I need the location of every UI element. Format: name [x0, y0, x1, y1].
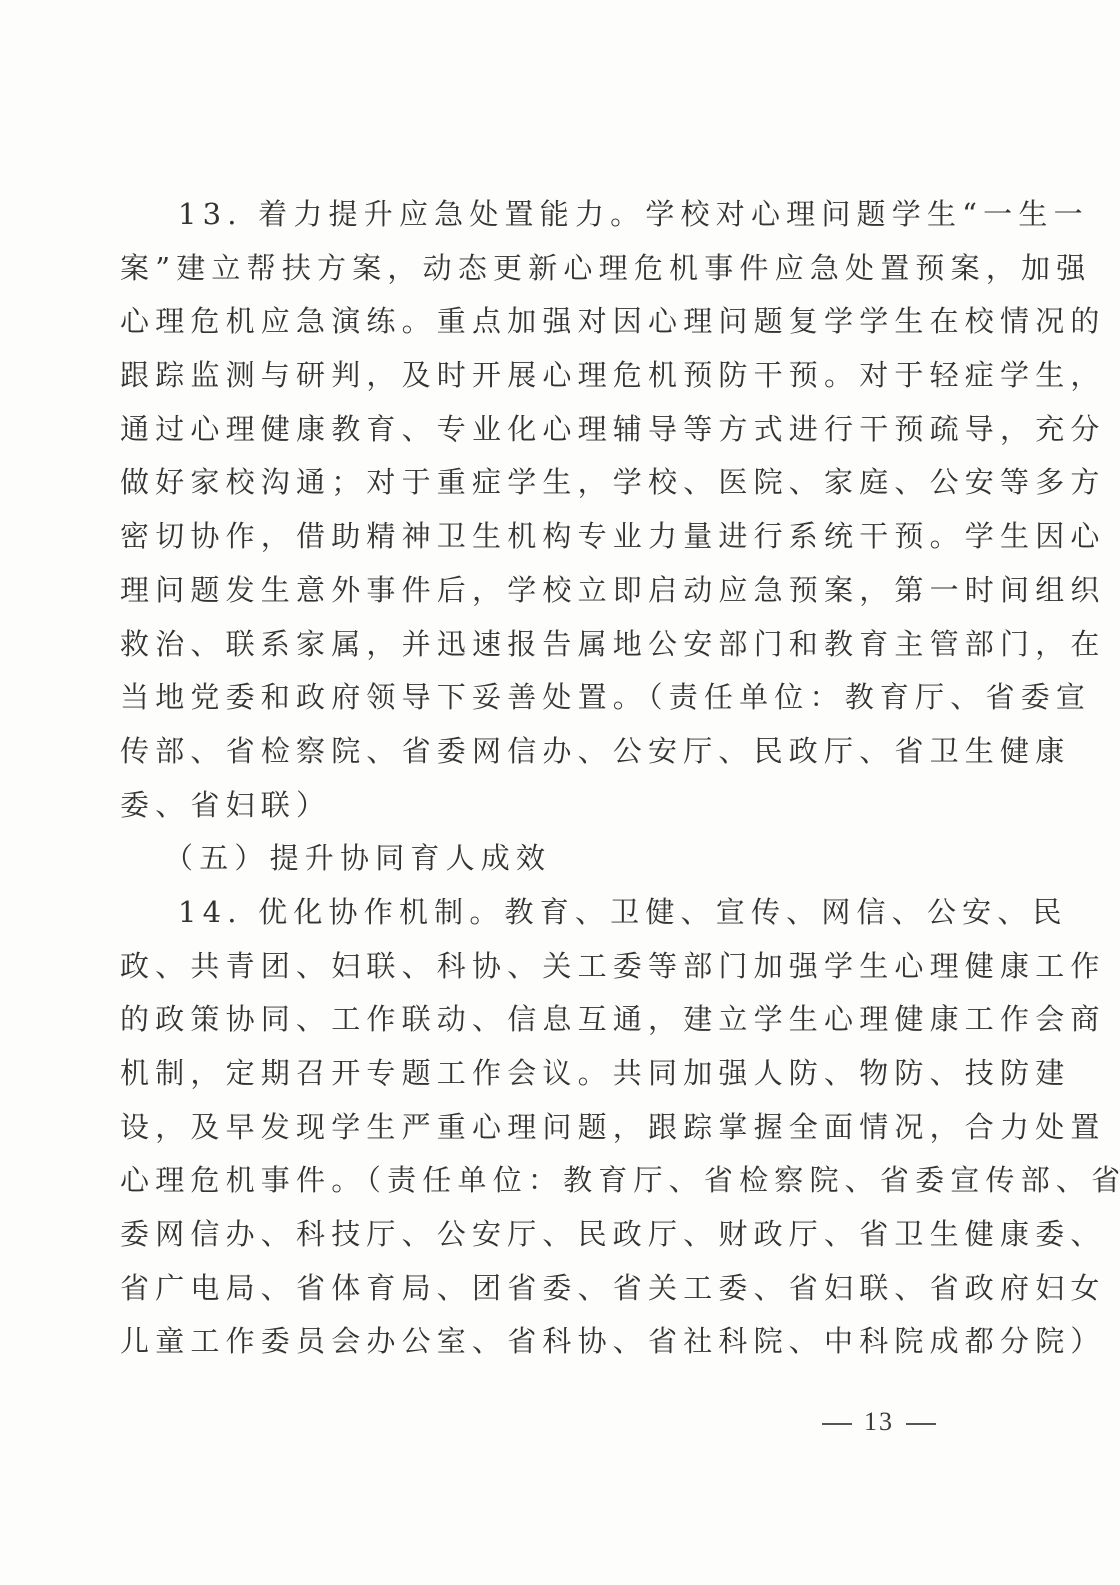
section-heading: （五）提升协同育人成效 [120, 832, 946, 886]
dash-left-decoration [822, 1423, 852, 1425]
text-line: 设，及早发现学生严重心理问题，跟踪掌握全面情况，合力处置 [120, 1101, 946, 1155]
page-number: 13 [822, 1407, 948, 1437]
text-line: 当地党委和政府领导下妥善处置。（责任单位：教育厅、省委宣 [120, 671, 946, 725]
text-line: 心理危机应急演练。重点加强对因心理问题复学学生在校情况的 [120, 295, 946, 349]
text-line: 跟踪监测与研判，及时开展心理危机预防干预。对于轻症学生， [120, 349, 946, 403]
text-line: 密切协作，借助精神卫生机构专业力量进行系统干预。学生因心 [120, 510, 946, 564]
text-line: 做好家校沟通；对于重症学生，学校、医院、家庭、公安等多方 [120, 456, 946, 510]
dash-right-decoration [906, 1423, 936, 1425]
text-line: 委网信办、科技厅、公安厅、民政厅、财政厅、省卫生健康委、 [120, 1208, 946, 1262]
paragraph-item-14: 14. 优化协作机制。教育、卫健、宣传、网信、公安、民 政、共青团、妇联、科协、… [120, 886, 946, 1369]
text-line: 政、共青团、妇联、科协、关工委等部门加强学生心理健康工作 [120, 940, 946, 994]
text-line: 救治、联系家属，并迅速报告属地公安部门和教育主管部门，在 [120, 618, 946, 672]
document-page: 13. 着力提升应急处置能力。学校对心理问题学生“一生一 案”建立帮扶方案，动态… [120, 188, 946, 1369]
text-line: 省广电局、省体育局、团省委、省关工委、省妇联、省政府妇女 [120, 1262, 946, 1316]
text-line: 委、省妇联） [120, 779, 946, 833]
text-line: 14. 优化协作机制。教育、卫健、宣传、网信、公安、民 [120, 886, 946, 940]
text-line: 心理危机事件。（责任单位：教育厅、省检察院、省委宣传部、省 [120, 1154, 946, 1208]
text-line: 机制，定期召开专题工作会议。共同加强人防、物防、技防建 [120, 1047, 946, 1101]
page-number-value: 13 [864, 1407, 894, 1436]
text-line: 儿童工作委员会办公室、省科协、省社科院、中科院成都分院） [120, 1315, 946, 1369]
paragraph-item-13: 13. 着力提升应急处置能力。学校对心理问题学生“一生一 案”建立帮扶方案，动态… [120, 188, 946, 832]
text-line: 通过心理健康教育、专业化心理辅导等方式进行干预疏导，充分 [120, 403, 946, 457]
text-line: 的政策协同、工作联动、信息互通，建立学生心理健康工作会商 [120, 993, 946, 1047]
text-line: 13. 着力提升应急处置能力。学校对心理问题学生“一生一 [120, 188, 946, 242]
text-line: 理问题发生意外事件后，学校立即启动应急预案，第一时间组织 [120, 564, 946, 618]
text-line: 传部、省检察院、省委网信办、公安厅、民政厅、省卫生健康 [120, 725, 946, 779]
text-line: 案”建立帮扶方案，动态更新心理危机事件应急处置预案，加强 [120, 242, 946, 296]
